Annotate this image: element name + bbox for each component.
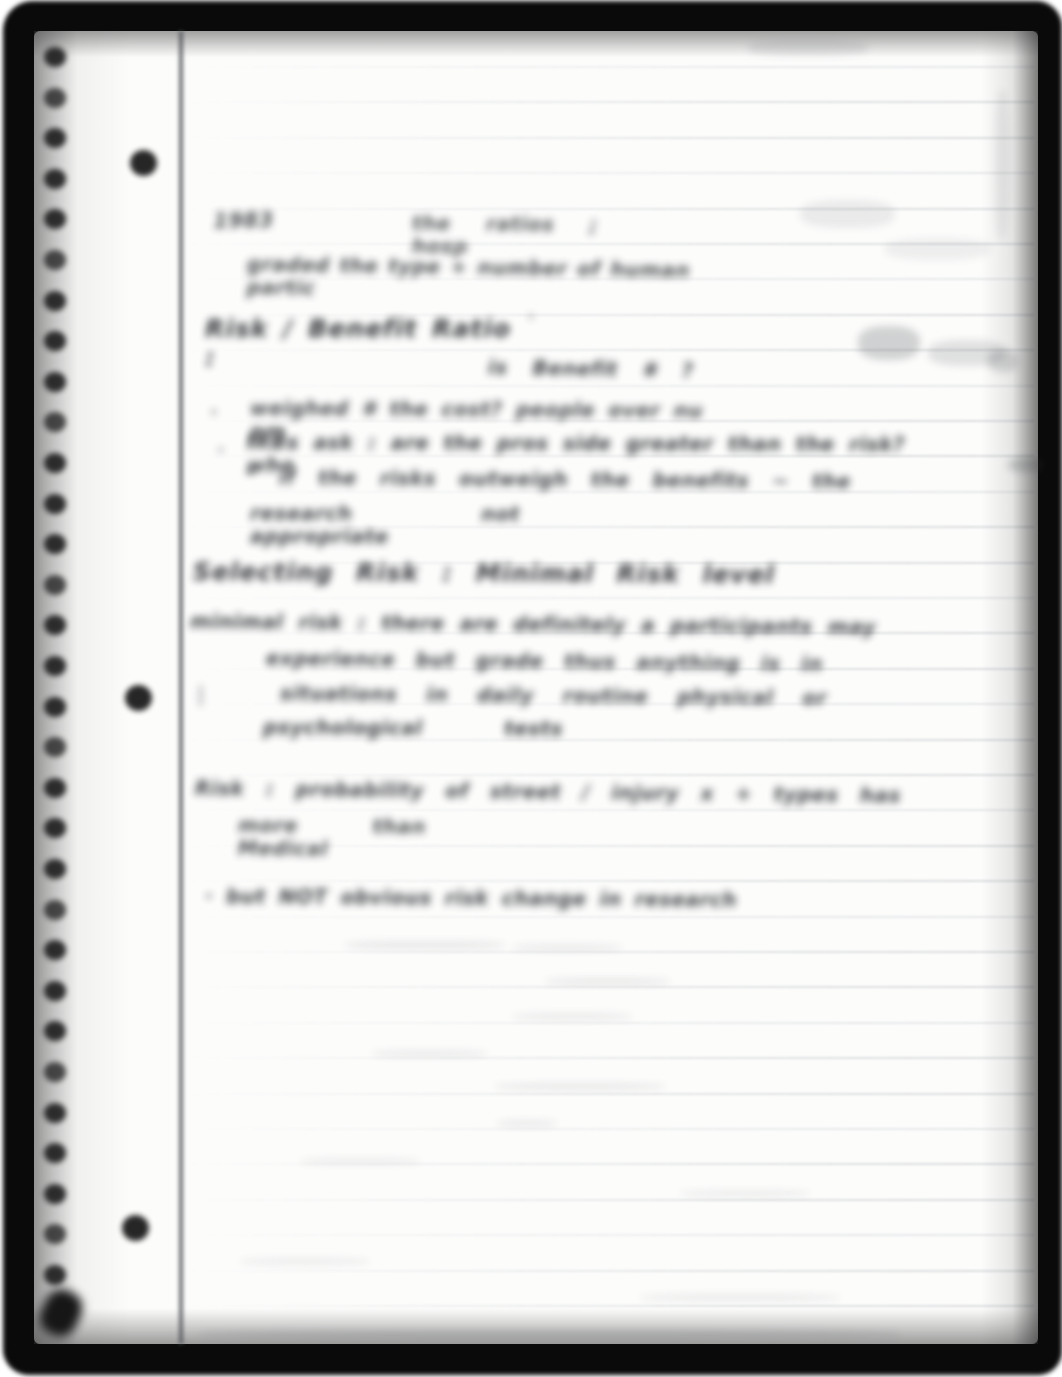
right-edge-shadow	[981, 31, 1038, 1344]
top-edge-shadow	[34, 31, 1038, 57]
binding-shadow	[34, 31, 130, 1344]
scanned-notebook-page: 1983the ratios ; hospgraded the type + n…	[0, 0, 1062, 1377]
bottom-edge-shadow	[34, 1308, 1038, 1344]
margin-rule-line	[179, 31, 183, 1344]
notebook-paper	[34, 31, 1038, 1344]
